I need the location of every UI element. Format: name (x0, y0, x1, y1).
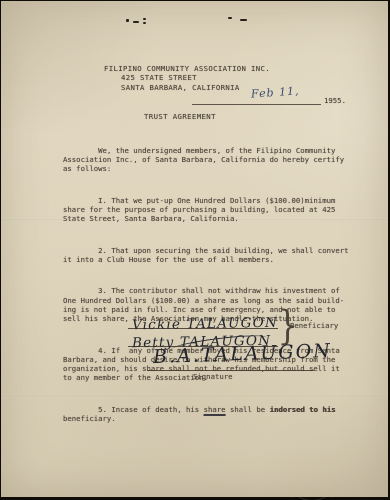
clause-5: 5. Incase of death, his share shall be i… (63, 405, 355, 424)
ink-mark (240, 19, 247, 21)
letterhead: FILIPINO COMMUNITY ASSOCIATION INC. 425 … (104, 64, 270, 92)
document-title: TRUST AGREEMENT (144, 112, 216, 121)
clause-5-underlined-word: share (204, 405, 226, 414)
clause-5-text: 5. Incase of death, his (63, 405, 204, 414)
signature-label: Signature (193, 372, 233, 381)
scanned-document: FILIPINO COMMUNITY ASSOCIATION INC. 425 … (0, 0, 390, 500)
clause-5-text: shall be (226, 405, 270, 414)
clause-5-text: beneficiary. (63, 414, 116, 423)
paper-sheet: FILIPINO COMMUNITY ASSOCIATION INC. 425 … (1, 1, 388, 497)
ink-mark (143, 18, 146, 20)
ink-mark (133, 21, 139, 23)
address-line: 425 STATE STREET (121, 73, 270, 82)
clause-2: 2. That upon securing the said building,… (63, 246, 355, 265)
org-name: FILIPINO COMMUNITY ASSOCIATION INC. (104, 64, 270, 73)
ink-mark (228, 17, 232, 19)
clause-1: I. That we put-up One Hundred Dollars ($… (63, 196, 355, 224)
intro-paragraph: We, the undersigned members, of the Fili… (63, 146, 355, 174)
typed-year: 1955. (324, 96, 346, 105)
embossed-seal (269, 449, 355, 500)
document-body: We, the undersigned members, of the Fili… (63, 127, 355, 446)
ink-mark (126, 19, 129, 22)
beneficiary-label: Beneficiary (290, 321, 338, 330)
beneficiary-rule: Vickie TALAUGON (128, 311, 278, 329)
ink-mark (143, 22, 146, 24)
clause-5-overstruck-text: indorsed to his (270, 405, 336, 414)
signature-rule (147, 356, 314, 371)
